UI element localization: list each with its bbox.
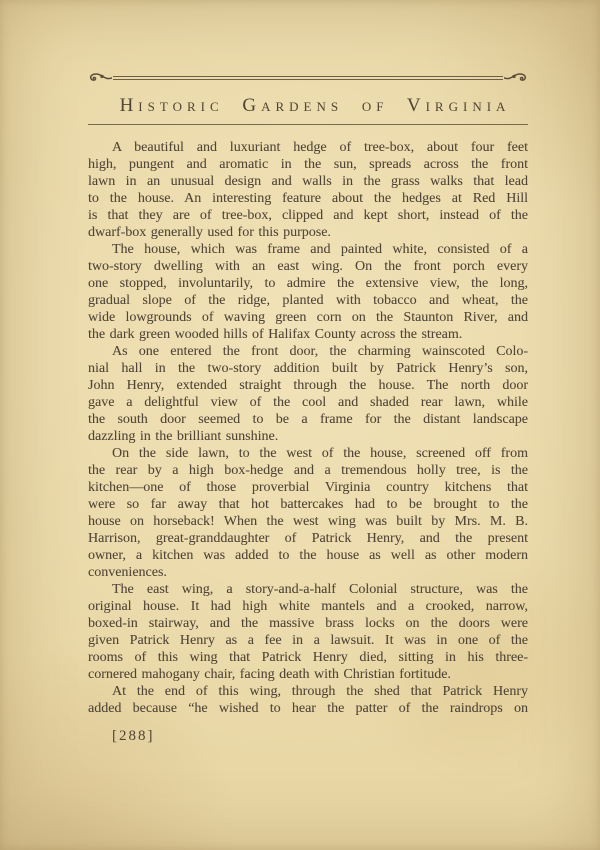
header-divider bbox=[88, 124, 528, 125]
paragraph: As one entered the front door, the charm… bbox=[88, 343, 528, 445]
text-line: On the side lawn, to the west of the hou… bbox=[88, 445, 528, 462]
paragraph: At the end of this wing, through the she… bbox=[88, 683, 528, 717]
text-line: dwarf-box generally used for this purpos… bbox=[88, 224, 528, 241]
text-line: Harrison, great-granddaughter of Patrick… bbox=[88, 530, 528, 547]
paragraph: On the side lawn, to the west of the hou… bbox=[88, 445, 528, 581]
text-line: nial hall in the two-story addition buil… bbox=[88, 360, 528, 377]
text-line: wide lowgrounds of waving green corn on … bbox=[88, 309, 528, 326]
book-page: Historic Gardens of Virginia A beautiful… bbox=[0, 0, 600, 850]
text-line: original house. It had high white mantel… bbox=[88, 598, 528, 615]
text-line: given Patrick Henry as a fee in a lawsui… bbox=[88, 632, 528, 649]
text-line: The house, which was frame and painted w… bbox=[88, 241, 528, 258]
text-line: owner, a kitchen was added to the house … bbox=[88, 547, 528, 564]
text-line: the south door seemed to be a frame for … bbox=[88, 411, 528, 428]
text-line: high, pungent and aromatic in the sun, s… bbox=[88, 156, 528, 173]
text-line: kitchen—one of those proverbial Virginia… bbox=[88, 479, 528, 496]
text-line: boxed-in stairway, and the massive brass… bbox=[88, 615, 528, 632]
page-number: [288] bbox=[112, 728, 528, 745]
text-line: to the house. An interesting feature abo… bbox=[88, 190, 528, 207]
text-line: dazzling in the brilliant sunshine. bbox=[88, 428, 528, 445]
page-body: A beautiful and luxuriant hedge of tree-… bbox=[88, 139, 528, 717]
page-title: Historic Gardens of Virginia bbox=[88, 95, 528, 117]
text-line: is that they are of tree-box, clipped an… bbox=[88, 207, 528, 224]
text-line: the dark green wooded hills of Halifax C… bbox=[88, 326, 528, 343]
paragraph: A beautiful and luxuriant hedge of tree-… bbox=[88, 139, 528, 241]
text-line: the rear by a high box-hedge and a treme… bbox=[88, 462, 528, 479]
scroll-flourish-right-icon bbox=[504, 72, 528, 84]
text-line: John Henry, extended straight through th… bbox=[88, 377, 528, 394]
text-line: two-story dwelling with an east wing. On… bbox=[88, 258, 528, 275]
text-line: lawn in an unusual design and walls in t… bbox=[88, 173, 528, 190]
text-line: house on horseback! When the west wing w… bbox=[88, 513, 528, 530]
text-line: rooms of this wing that Patrick Henry di… bbox=[88, 649, 528, 666]
text-line: As one entered the front door, the charm… bbox=[88, 343, 528, 360]
text-line: A beautiful and luxuriant hedge of tree-… bbox=[88, 139, 528, 156]
text-line: conveniences. bbox=[88, 564, 528, 581]
text-line: cornered mahogany chair, facing death wi… bbox=[88, 666, 528, 683]
text-line: The east wing, a story-and-a-half Coloni… bbox=[88, 581, 528, 598]
paragraph: The east wing, a story-and-a-half Coloni… bbox=[88, 581, 528, 683]
scroll-flourish-left-icon bbox=[88, 72, 112, 84]
text-line: gradual slope of the ridge, planted with… bbox=[88, 292, 528, 309]
text-line: one stopped, involuntarily, to admire th… bbox=[88, 275, 528, 292]
text-line: gave a delightful view of the cool and s… bbox=[88, 394, 528, 411]
text-line: At the end of this wing, through the she… bbox=[88, 683, 528, 700]
page-content: Historic Gardens of Virginia A beautiful… bbox=[0, 0, 600, 745]
text-line: were so far away that hot battercakes ha… bbox=[88, 496, 528, 513]
double-rule bbox=[113, 76, 503, 80]
text-line: added because “he wished to hear the pat… bbox=[88, 700, 528, 717]
header-rule bbox=[88, 72, 528, 84]
paragraph: The house, which was frame and painted w… bbox=[88, 241, 528, 343]
